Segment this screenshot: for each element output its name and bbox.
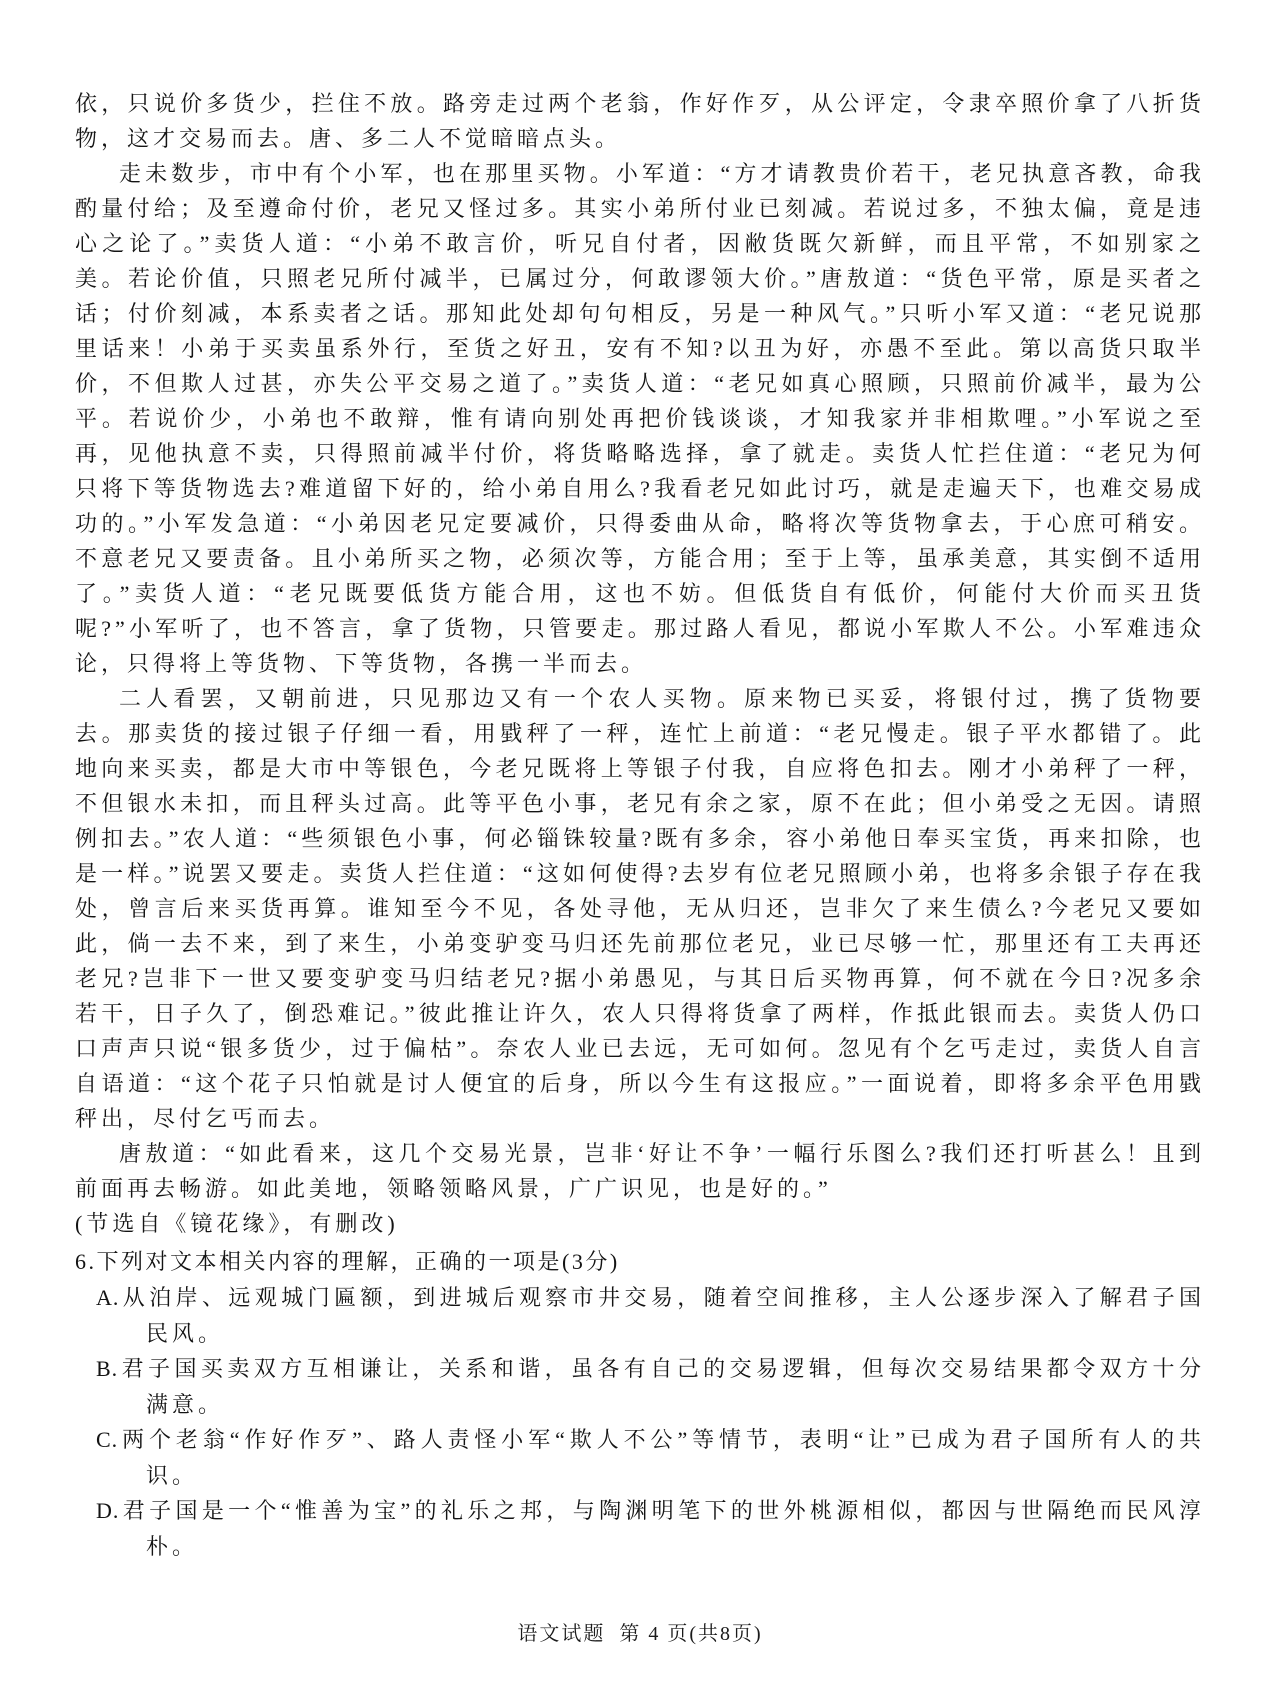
page-footer: 语文试题第 4 页(共8页) [75, 1617, 1205, 1704]
option-d: D.君子国是一个“惟善为宝”的礼乐之邦，与陶渊明笔下的世外桃源相似，都因与世隔绝… [96, 1493, 1205, 1564]
footer-page-number: 第 4 页(共8页) [619, 1623, 762, 1645]
option-a: A.从泊岸、远观城门匾额，到进城后观察市井交易，随着空间推移，主人公逐步深入了解… [96, 1280, 1205, 1351]
option-a-label: A. [96, 1285, 122, 1310]
passage-source-attribution: (节选自《镜花缘》，有删改) [75, 1206, 1205, 1241]
option-c-text: 两个老翁“作好作歹”、路人责怪小军“欺人不公”等情节，表明“让”已成为君子国所有… [121, 1427, 1205, 1488]
exam-page: 依，只说价多货少，拦住不放。路旁走过两个老翁，作好作歹，从公评定，令隶卒照价拿了… [0, 0, 1280, 1704]
option-d-text: 君子国是一个“惟善为宝”的礼乐之邦，与陶渊明笔下的世外桃源相似，都因与世隔绝而民… [122, 1498, 1205, 1559]
question-6: 6.下列对文本相关内容的理解，正确的一项是(3分) A.从泊岸、远观城门匾额，到… [75, 1243, 1205, 1564]
passage-paragraph: 二人看罢，又朝前进，只见那边又有一个农人买物。原来物已买妥，将银付过，携了货物要… [75, 681, 1205, 1136]
question-stem: 6.下列对文本相关内容的理解，正确的一项是(3分) [75, 1243, 1205, 1280]
option-d-label: D. [96, 1498, 122, 1523]
option-a-text: 从泊岸、远观城门匾额，到进城后观察市井交易，随着空间推移，主人公逐步深入了解君子… [122, 1285, 1205, 1346]
passage-paragraph-continuation: 依，只说价多货少，拦住不放。路旁走过两个老翁，作好作歹，从公评定，令隶卒照价拿了… [75, 86, 1205, 156]
option-b: B.君子国买卖双方互相谦让，关系和谐，虽各有自己的交易逻辑，但每次交易结果都令双… [96, 1351, 1205, 1422]
option-b-text: 君子国买卖双方互相谦让，关系和谐，虽各有自己的交易逻辑，但每次交易结果都令双方十… [121, 1356, 1205, 1417]
passage-paragraph: 唐敖道：“如此看来，这几个交易光景，岂非‘好让不争’一幅行乐图么?我们还打听甚么… [75, 1136, 1205, 1206]
option-c-label: C. [96, 1427, 121, 1452]
option-c: C.两个老翁“作好作歹”、路人责怪小军“欺人不公”等情节，表明“让”已成为君子国… [96, 1422, 1205, 1493]
reading-passage: 依，只说价多货少，拦住不放。路旁走过两个老翁，作好作歹，从公评定，令隶卒照价拿了… [75, 86, 1205, 1241]
question-stem-text: 下列对文本相关内容的理解，正确的一项是(3分) [97, 1249, 620, 1274]
option-b-label: B. [96, 1356, 121, 1381]
passage-paragraph: 走未数步，市中有个小军，也在那里买物。小军道：“方才请教贵价若干，老兄执意吝教，… [75, 156, 1205, 681]
question-number: 6. [75, 1249, 97, 1274]
footer-subject-label: 语文试题 [517, 1623, 605, 1645]
